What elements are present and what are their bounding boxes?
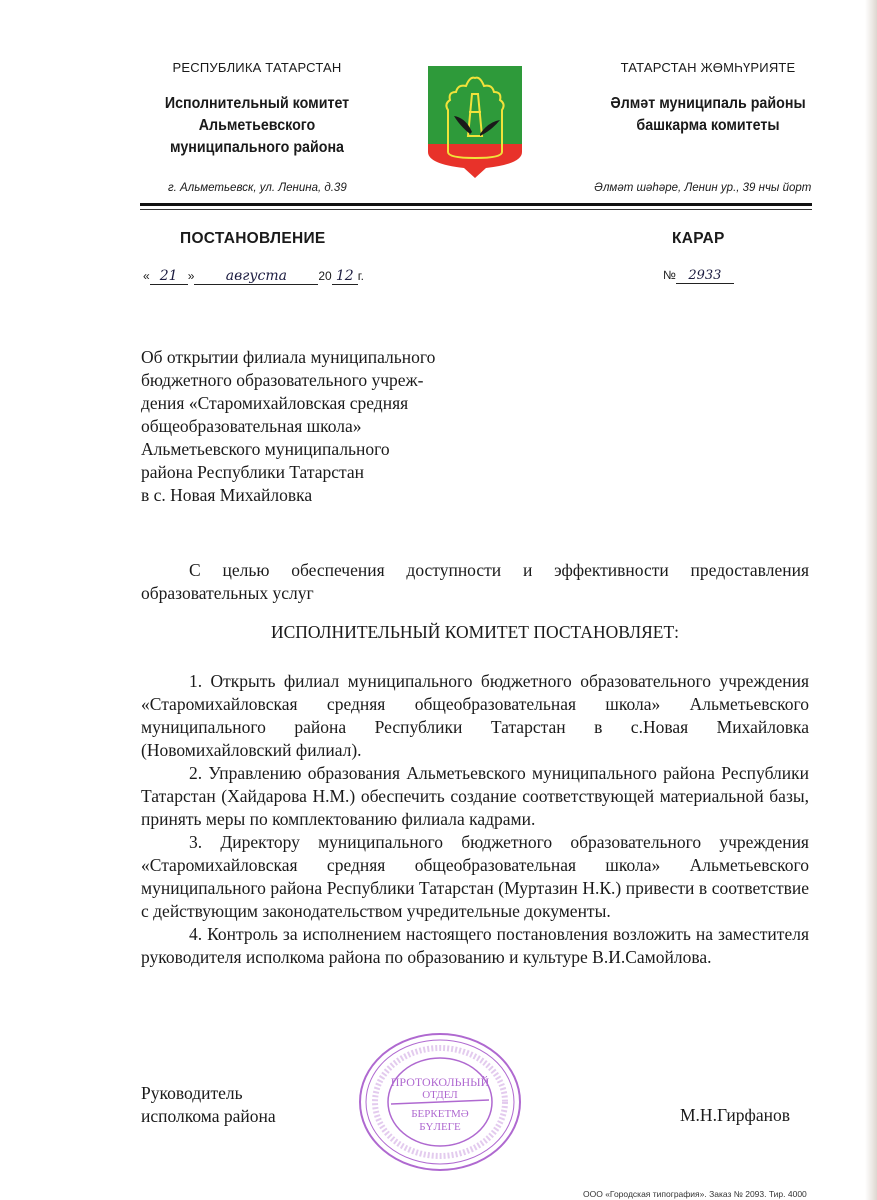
header-divider-thick <box>140 203 812 206</box>
decree-items: 1. Открыть филиал муниципального бюджетн… <box>141 670 809 969</box>
printer-note: ООО «Городская типография». Заказ № 2093… <box>583 1189 807 1199</box>
decree-item-4: 4. Контроль за исполнением настоящего по… <box>141 923 809 969</box>
header-divider-thin <box>140 209 812 210</box>
svg-text:БҮЛЕГЕ: БҮЛЕГЕ <box>419 1121 461 1133</box>
committee-name-ru: Исполнительный комитет Альметьевского му… <box>151 93 363 159</box>
decree-heading: ИСПОЛНИТЕЛЬНЫЙ КОМИТЕТ ПОСТАНОВЛЯЕТ: <box>141 622 809 643</box>
date-day: 21 <box>150 268 188 285</box>
document-number-value: 2933 <box>676 268 734 284</box>
signer-title: Руководитель исполкома района <box>141 1082 276 1128</box>
svg-text:БЕРКЕТМӘ: БЕРКЕТМӘ <box>411 1108 469 1120</box>
header-right: ТАТАРСТАН ЖӨМҺҮРИЯТЕ Әлмәт муниципаль ра… <box>588 60 828 137</box>
svg-text:ОТДЕЛ: ОТДЕЛ <box>422 1089 458 1101</box>
committee-name-tt: Әлмәт муниципаль районы башкарма комитет… <box>598 93 819 137</box>
decree-item-1: 1. Открыть филиал муниципального бюджетн… <box>141 670 809 762</box>
official-stamp: ПРОТОКОЛЬНЫЙ ОТДЕЛ БЕРКЕТМӘ БҮЛЕГЕ <box>355 1030 525 1175</box>
coat-of-arms-icon <box>426 64 524 180</box>
date-month: августа <box>194 268 318 285</box>
republic-name-ru: РЕСПУБЛИКА ТАТАРСТАН <box>142 60 372 75</box>
address-tt: Әлмәт шәһәре, Ленин ур., 39 нчы йорт <box>594 182 811 194</box>
document-date: «21»августа2012г. <box>143 268 364 285</box>
preamble: С целью обеспечения доступности и эффект… <box>141 559 809 605</box>
decree-item-3: 3. Директору муниципального бюджетного о… <box>141 831 809 923</box>
doc-type-tt: КАРАР <box>672 230 725 248</box>
svg-text:ПРОТОКОЛЬНЫЙ: ПРОТОКОЛЬНЫЙ <box>391 1075 490 1089</box>
address-ru: г. Альметьевск, ул. Ленина, д.39 <box>168 182 347 194</box>
signer-name: М.Н.Гирфанов <box>680 1105 790 1126</box>
decree-item-2: 2. Управлению образования Альметьевского… <box>141 762 809 831</box>
date-year: 12 <box>332 268 358 285</box>
republic-name-tt: ТАТАРСТАН ЖӨМҺҮРИЯТЕ <box>588 60 828 75</box>
page-edge <box>865 0 877 1200</box>
header-left: РЕСПУБЛИКА ТАТАРСТАН Исполнительный коми… <box>142 60 372 159</box>
document-subject: Об открытии филиала муниципального бюдже… <box>141 346 501 507</box>
document-number: №2933 <box>663 268 734 284</box>
doc-type-ru: ПОСТАНОВЛЕНИЕ <box>180 230 326 248</box>
